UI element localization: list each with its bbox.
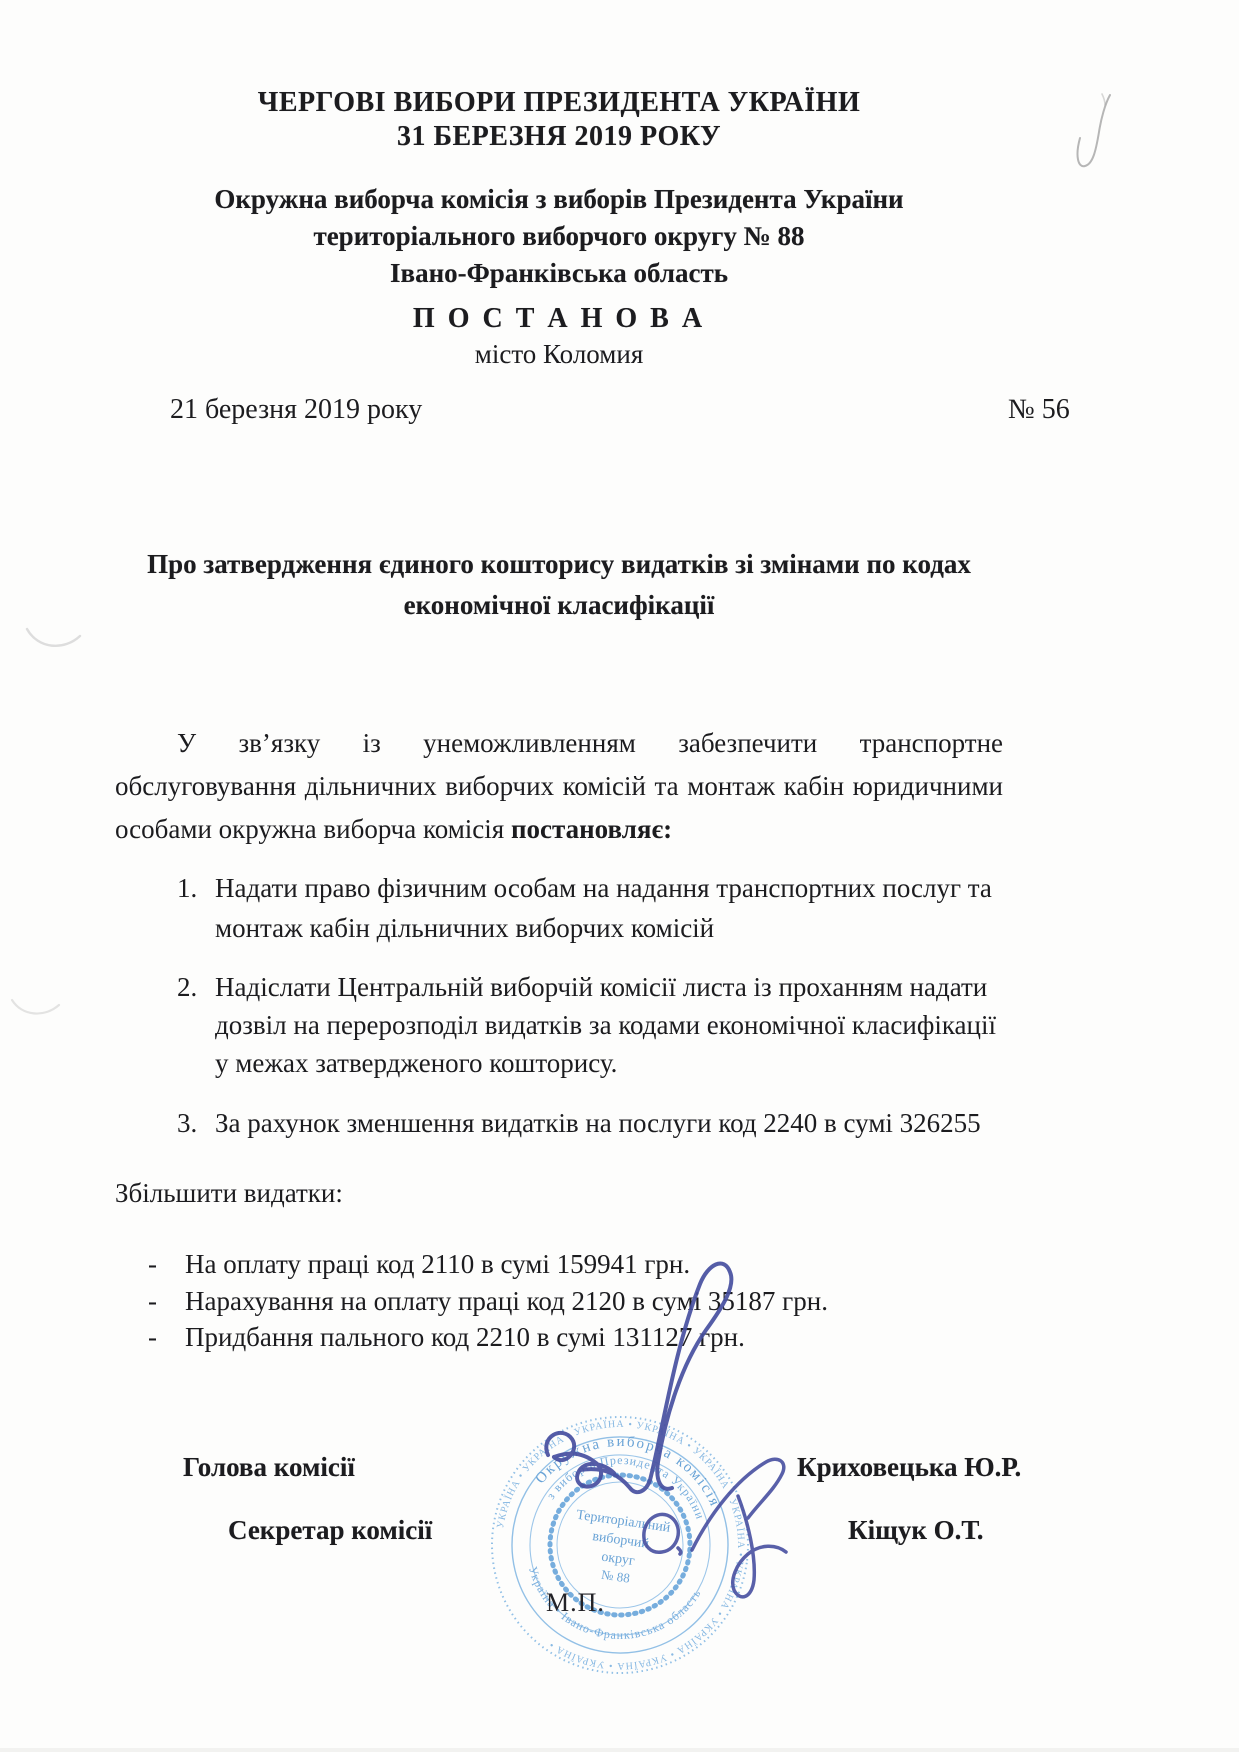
- signature-stroke: [678, 1548, 681, 1554]
- numbered-item-3: 3. За рахунок зменшення видатків на посл…: [177, 1103, 1013, 1143]
- commission-name-line2: територіального виборчого округу № 88: [115, 218, 1003, 255]
- doc-type-heading: П О С Т А Н О В А: [115, 303, 1003, 335]
- resolution-keyword: постановляє:: [511, 814, 672, 844]
- subject-line2: економічної класифікації: [115, 585, 1003, 626]
- secretary-name: Кіщук О.Т.: [848, 1515, 984, 1546]
- increase-expenses-heading: Збільшити видатки:: [115, 1178, 343, 1209]
- chairman-label: Голова комісії: [183, 1452, 355, 1483]
- pencil-checkmark-icon: [1072, 92, 1120, 184]
- item-text: Надати право фізичним особам на надання …: [215, 868, 1013, 948]
- secretary-label: Секретар комісії: [228, 1515, 432, 1546]
- commission-name: Окружна виборча комісія з виборів Презид…: [115, 181, 1003, 292]
- stamp-inner-line3: округ: [600, 1550, 635, 1570]
- stamp-inner-line2: виборчий: [591, 1529, 650, 1552]
- scan-edge-artifact: [0, 1748, 1239, 1752]
- dash-marker: -: [148, 1283, 185, 1320]
- body-paragraph: У зв’язку із унеможливленням забезпечити…: [115, 722, 1003, 851]
- numbered-item-2: 2. Надіслати Центральній виборчій комісі…: [177, 968, 1013, 1082]
- margin-pencil-mark: [24, 624, 86, 652]
- subject-heading: Про затвердження єдиного кошторису видат…: [115, 544, 1003, 626]
- scanned-document-page: ЧЕРГОВІ ВИБОРИ ПРЕЗИДЕНТА УКРАЇНИ 31 БЕР…: [0, 0, 1239, 1752]
- item-text: За рахунок зменшення видатків на послуги…: [215, 1103, 1013, 1143]
- city-label: місто Коломия: [115, 339, 1003, 370]
- election-header-line2: 31 БЕРЕЗНЯ 2019 РОКУ: [115, 120, 1003, 154]
- stamp-inner-line4: № 88: [600, 1567, 630, 1586]
- commission-name-line3: Івано-Франківська область: [115, 255, 1003, 292]
- numbered-item-1: 1. Надати право фізичним особам на надан…: [177, 868, 1013, 948]
- item-number: 3.: [177, 1103, 215, 1143]
- subject-line1: Про затвердження єдиного кошторису видат…: [115, 544, 1003, 585]
- item-text: Надіслати Центральній виборчій комісії л…: [215, 968, 1013, 1082]
- election-header-line1: ЧЕРГОВІ ВИБОРИ ПРЕЗИДЕНТА УКРАЇНИ: [115, 86, 1003, 120]
- official-stamp: УКРАЇНА • УКРАЇНА • УКРАЇНА • УКРАЇНА • …: [430, 1220, 830, 1720]
- margin-pencil-mark: [10, 996, 64, 1020]
- item-number: 2.: [177, 968, 215, 1082]
- commission-name-line1: Окружна виборча комісія з виборів Презид…: [115, 181, 1003, 218]
- stamp-inner-line1: Територіальний: [575, 1508, 671, 1536]
- doc-number: № 56: [1008, 394, 1070, 426]
- stamp-body: УКРАЇНА • УКРАЇНА • УКРАЇНА • УКРАЇНА • …: [475, 1400, 764, 1689]
- item-number: 1.: [177, 868, 215, 948]
- doc-date: 21 березня 2019 року: [170, 394, 422, 426]
- election-header: ЧЕРГОВІ ВИБОРИ ПРЕЗИДЕНТА УКРАЇНИ 31 БЕР…: [115, 86, 1003, 154]
- seal-abbreviation: М.П.: [546, 1588, 605, 1618]
- dash-marker: -: [148, 1246, 185, 1283]
- chairman-name: Криховецька Ю.Р.: [797, 1452, 1021, 1483]
- dash-marker: -: [148, 1319, 185, 1356]
